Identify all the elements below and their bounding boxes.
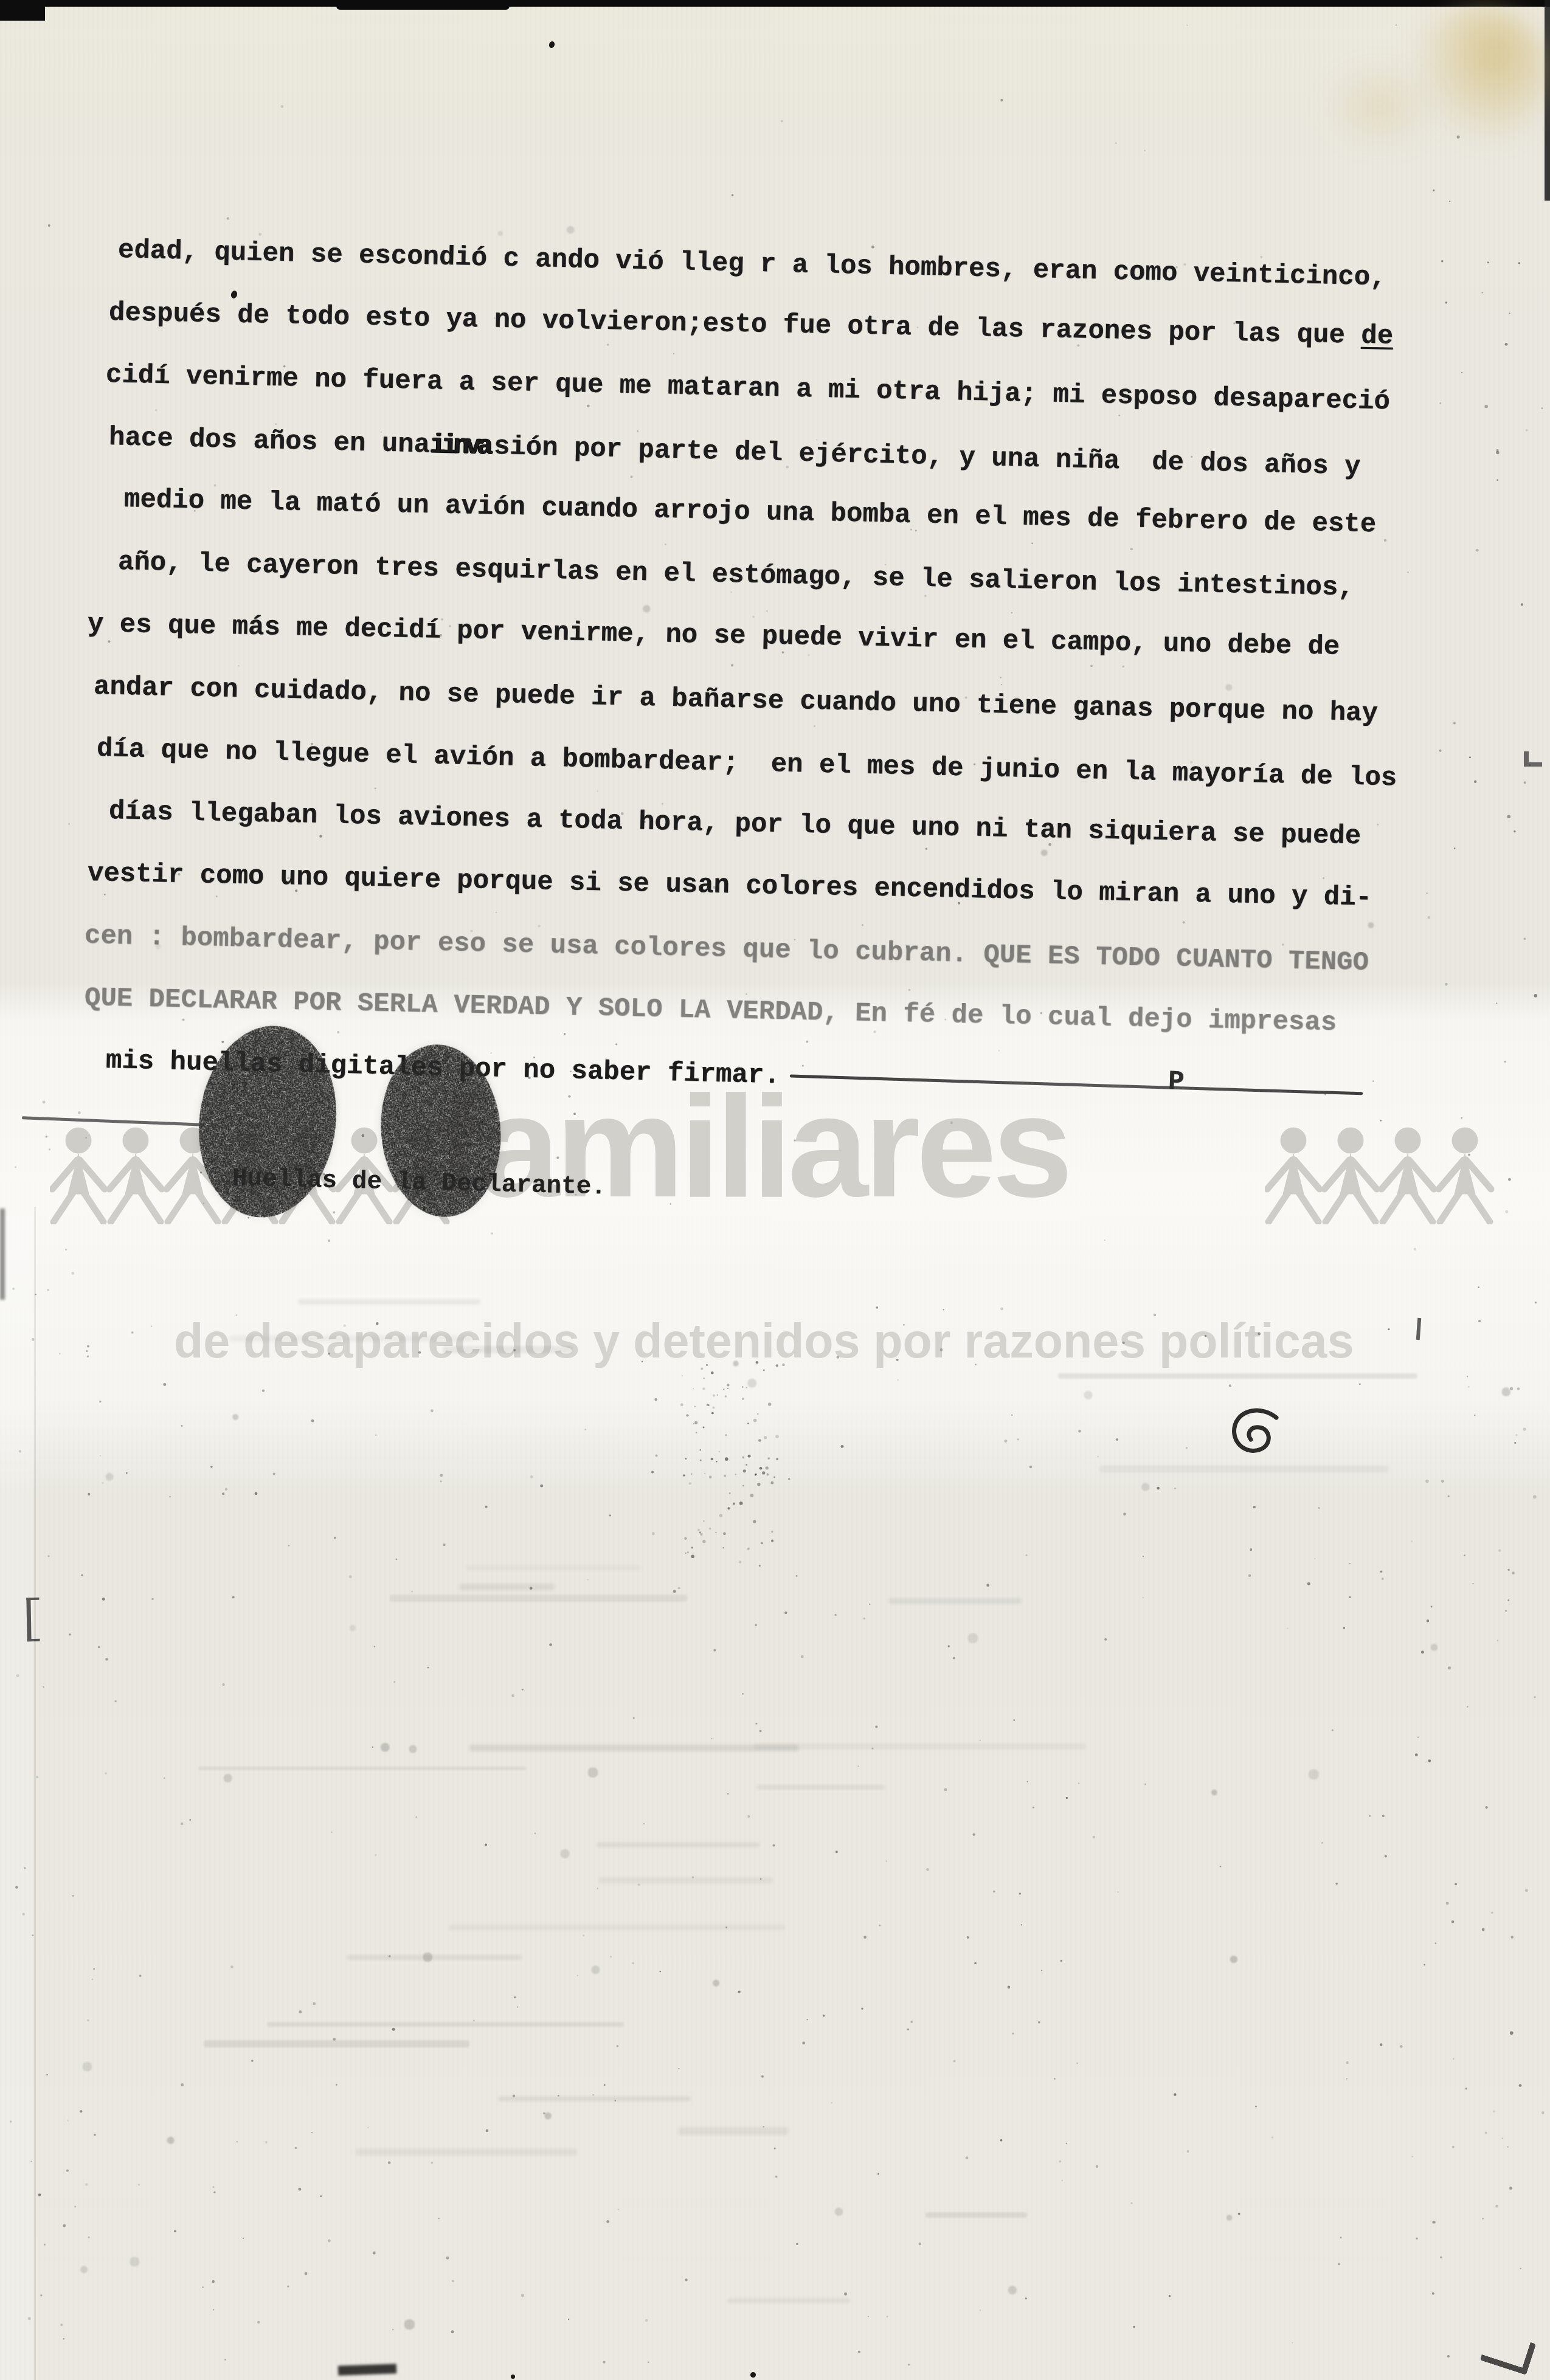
typed-text-segment: días llegaban los aviones a toda hora, p… bbox=[108, 796, 1361, 852]
typed-line: día que no llegue el avión a bombardear;… bbox=[96, 735, 1397, 793]
typed-text-segment: año, le cayeron tres esquirlas en el est… bbox=[117, 547, 1354, 604]
ghost-text-bar bbox=[679, 2127, 788, 2135]
ghost-text-bar bbox=[754, 1744, 1086, 1750]
bottom-ink-smudge bbox=[338, 2364, 396, 2375]
scanned-document-page: familiares de desaparecidos y detenidos … bbox=[0, 0, 1550, 2380]
typed-text-segment: andar con cuidado, no se puede ir a baña… bbox=[93, 672, 1378, 729]
signature-rule-mark: P bbox=[1168, 1068, 1185, 1096]
typed-line: y es que más me decidí por venirme, no s… bbox=[88, 610, 1340, 661]
typed-line: edad, quien se escondió c ando vió lleg … bbox=[117, 236, 1386, 292]
ghost-text-bar bbox=[449, 1925, 785, 1930]
typed-text-segment: después de todo esto ya no volvieron;est… bbox=[109, 298, 1361, 351]
ghost-text-bar bbox=[347, 1955, 522, 1959]
ghost-text-bar bbox=[888, 1598, 1022, 1604]
paper-stain bbox=[1326, 67, 1435, 146]
fingerprint-left bbox=[189, 1018, 347, 1226]
ghost-text-bar bbox=[469, 1745, 799, 1751]
ghost-text-bar bbox=[204, 2040, 470, 2047]
ghost-text-bar bbox=[756, 1785, 885, 1789]
ghost-text-bar bbox=[459, 1584, 555, 1590]
typed-line: medio me la mató un avión cuando arrojo … bbox=[124, 486, 1377, 539]
paper-doll-chain-right bbox=[1265, 1126, 1496, 1224]
typed-line: hace dos años en unaiinvasión por parte … bbox=[108, 424, 1360, 481]
typed-line: cidí venirme no fuera a ser que me matar… bbox=[106, 361, 1391, 416]
typed-text-segment: cen : bombardear, por eso se usa colores… bbox=[84, 921, 1369, 978]
stray-ink-mark bbox=[1524, 751, 1542, 767]
typed-text-segment: y es que más me decidí por venirme, no s… bbox=[88, 609, 1340, 663]
scan-top-edge bbox=[0, 0, 1550, 7]
ghost-text-bar bbox=[727, 2299, 850, 2303]
stray-ink-squiggle bbox=[1225, 1404, 1286, 1462]
typed-text-segment: día que no llegue el avión a bombardear;… bbox=[96, 734, 1397, 794]
ghost-text-bar bbox=[597, 1843, 759, 1847]
typed-text-segment: de bbox=[1361, 320, 1394, 351]
paper-fold-line bbox=[34, 1207, 36, 2380]
typed-text-segment: hace dos años en una bbox=[108, 423, 430, 460]
typed-text-segment: cidí venirme no fuera a ser que me matar… bbox=[105, 360, 1390, 417]
fingerprints bbox=[182, 1003, 523, 1246]
ink-dot bbox=[230, 290, 238, 299]
typed-line: vestir como uno quiere porque si se usan… bbox=[88, 860, 1372, 912]
ghost-text-bar bbox=[498, 2097, 690, 2101]
fingerprint-right bbox=[374, 1040, 508, 1222]
scan-left-edge-mark bbox=[0, 1209, 5, 1300]
scan-top-left-corner bbox=[0, 0, 45, 21]
typed-text-segment: vestir como uno quiere porque si se usan… bbox=[88, 858, 1372, 914]
paper-stain bbox=[1411, 5, 1550, 148]
ghost-text-bar bbox=[390, 1595, 687, 1602]
scan-top-edge-blob bbox=[336, 0, 510, 10]
typed-line: año, le cayeron tres esquirlas en el est… bbox=[118, 548, 1355, 602]
ghost-text-bar bbox=[356, 2148, 577, 2156]
ink-dot bbox=[750, 2372, 756, 2378]
ghost-text-bar bbox=[466, 1566, 641, 1570]
ghost-text-bar bbox=[598, 1877, 773, 1883]
typed-line: después de todo esto ya no volvieron;est… bbox=[109, 299, 1394, 351]
stray-ink-bracket-mark bbox=[26, 1598, 40, 1641]
ink-dot bbox=[548, 41, 555, 49]
typed-text-segment: sión por parte del ejército, y una niña … bbox=[493, 431, 1361, 482]
typed-text-segment: medio me la mató un avión cuando arrojo … bbox=[123, 485, 1376, 540]
typed-line: andar con cuidado, no se puede ir a baña… bbox=[94, 673, 1379, 728]
paper-edge-shading bbox=[0, 1216, 33, 2380]
ink-dot bbox=[511, 2375, 515, 2379]
ghost-text-bar bbox=[267, 2022, 624, 2027]
typed-line: días llegaban los aviones a toda hora, p… bbox=[109, 798, 1361, 850]
ghost-text-bar bbox=[926, 2212, 1027, 2218]
typed-line: cen : bombardear, por eso se usa colores… bbox=[85, 922, 1369, 977]
typed-text-segment: edad, quien se escondió c ando vió lleg … bbox=[117, 235, 1386, 293]
signature-rule: P bbox=[790, 1074, 1363, 1095]
watermark-subtitle: de desaparecidos y detenidos por razones… bbox=[174, 1317, 1354, 1365]
bottom-ink-mark bbox=[1480, 2329, 1537, 2375]
typed-text-segment: iinva bbox=[429, 430, 494, 461]
ghost-text-bar bbox=[198, 1767, 526, 1770]
